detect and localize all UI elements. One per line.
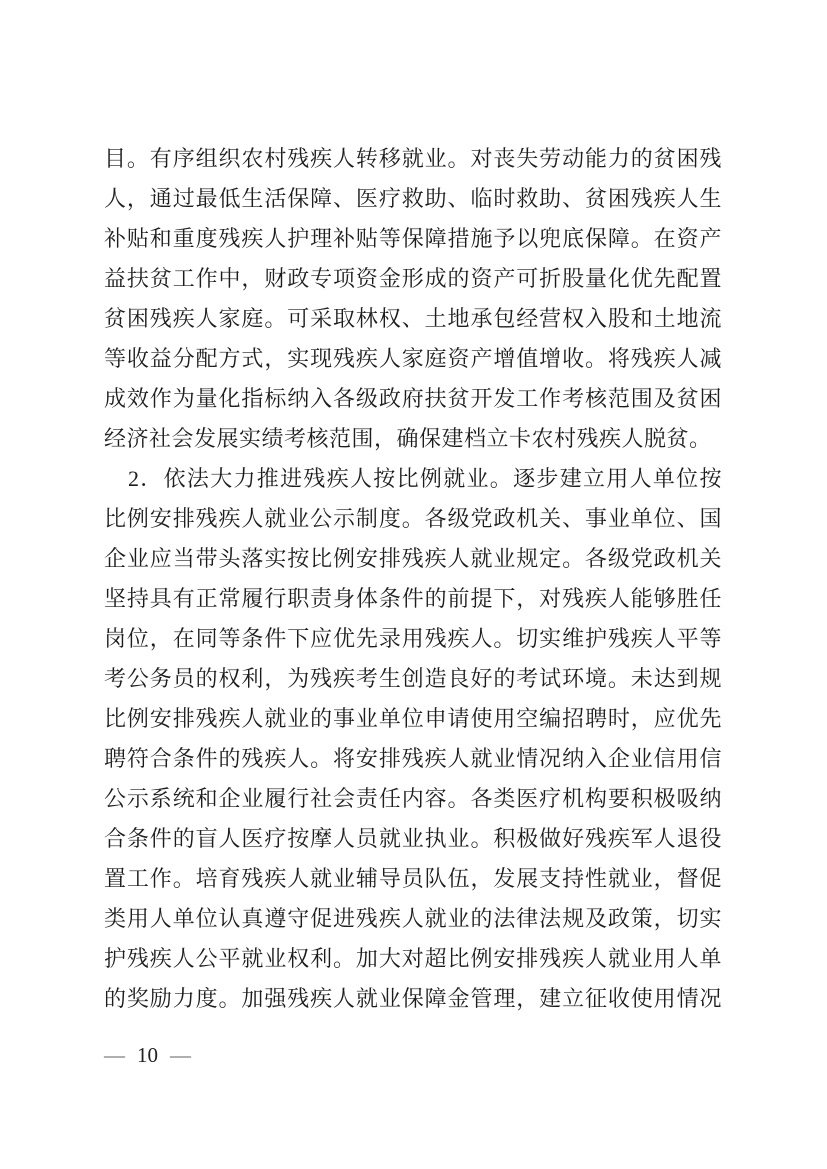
body-text: 目。有序组织农村残疾人转移就业。对丧失劳动能力的贫困残疾 人，通过最低生活保障、… [104,139,722,1019]
text-line: 类用人单位认真遵守促进残疾人就业的法律法规及政策，切实维 [104,899,722,939]
paragraph: 2．依法大力推进残疾人按比例就业。逐步建立用人单位按 比例安排残疾人就业公示制度… [104,459,722,1019]
footer-dash-left: — [104,1043,125,1067]
footer-dash-right: — [170,1043,191,1067]
text-line: 护残疾人公平就业权利。加大对超比例安排残疾人就业用人单位 [104,939,722,979]
text-line: 企业应当带头落实按比例安排残疾人就业规定。各级党政机关在 [104,539,722,579]
page-number: 10 [137,1043,158,1067]
text-line: 岗位，在同等条件下应优先录用残疾人。切实维护残疾人平等报 [104,619,722,659]
text-line: 贫困残疾人家庭。可采取林权、土地承包经营权入股和土地流转 [104,299,722,339]
text-line: 等收益分配方式，实现残疾人家庭资产增值增收。将残疾人减贫 [104,339,722,379]
text-line: 经济社会发展实绩考核范围，确保建档立卡农村残疾人脱贫。 [104,419,722,459]
page-footer: —10— [104,1040,191,1070]
text-line: 目。有序组织农村残疾人转移就业。对丧失劳动能力的贫困残疾 [104,139,722,179]
text-line: 的奖励力度。加强残疾人就业保障金管理，建立征收使用情况公 [104,979,722,1019]
document-page: 目。有序组织农村残疾人转移就业。对丧失劳动能力的贫困残疾 人，通过最低生活保障、… [0,0,827,1169]
text-line: 人，通过最低生活保障、医疗救助、临时救助、贫困残疾人生活 [104,179,722,219]
text-line: 置工作。培育残疾人就业辅导员队伍，发展支持性就业，督促各 [104,859,722,899]
text-line: 2．依法大力推进残疾人按比例就业。逐步建立用人单位按 [104,459,722,499]
text-line: 坚持具有正常履行职责身体条件的前提下，对残疾人能够胜任的 [104,579,722,619]
text-line: 比例安排残疾人就业的事业单位申请使用空编招聘时，应优先招 [104,699,722,739]
text-line: 补贴和重度残疾人护理补贴等保障措施予以兜底保障。在资产收 [104,219,722,259]
text-line: 聘符合条件的残疾人。将安排残疾人就业情况纳入企业信用信息 [104,739,722,779]
text-line: 合条件的盲人医疗按摩人员就业执业。积极做好残疾军人退役安 [104,819,722,859]
paragraph: 目。有序组织农村残疾人转移就业。对丧失劳动能力的贫困残疾 人，通过最低生活保障、… [104,139,722,459]
text-line: 益扶贫工作中，财政专项资金形成的资产可折股量化优先配置给 [104,259,722,299]
text-line: 考公务员的权利，为残疾考生创造良好的考试环境。未达到规定 [104,659,722,699]
text-line: 成效作为量化指标纳入各级政府扶贫开发工作考核范围及贫困县 [104,379,722,419]
text-line: 公示系统和企业履行社会责任内容。各类医疗机构要积极吸纳符 [104,779,722,819]
text-line: 比例安排残疾人就业公示制度。各级党政机关、事业单位、国有 [104,499,722,539]
